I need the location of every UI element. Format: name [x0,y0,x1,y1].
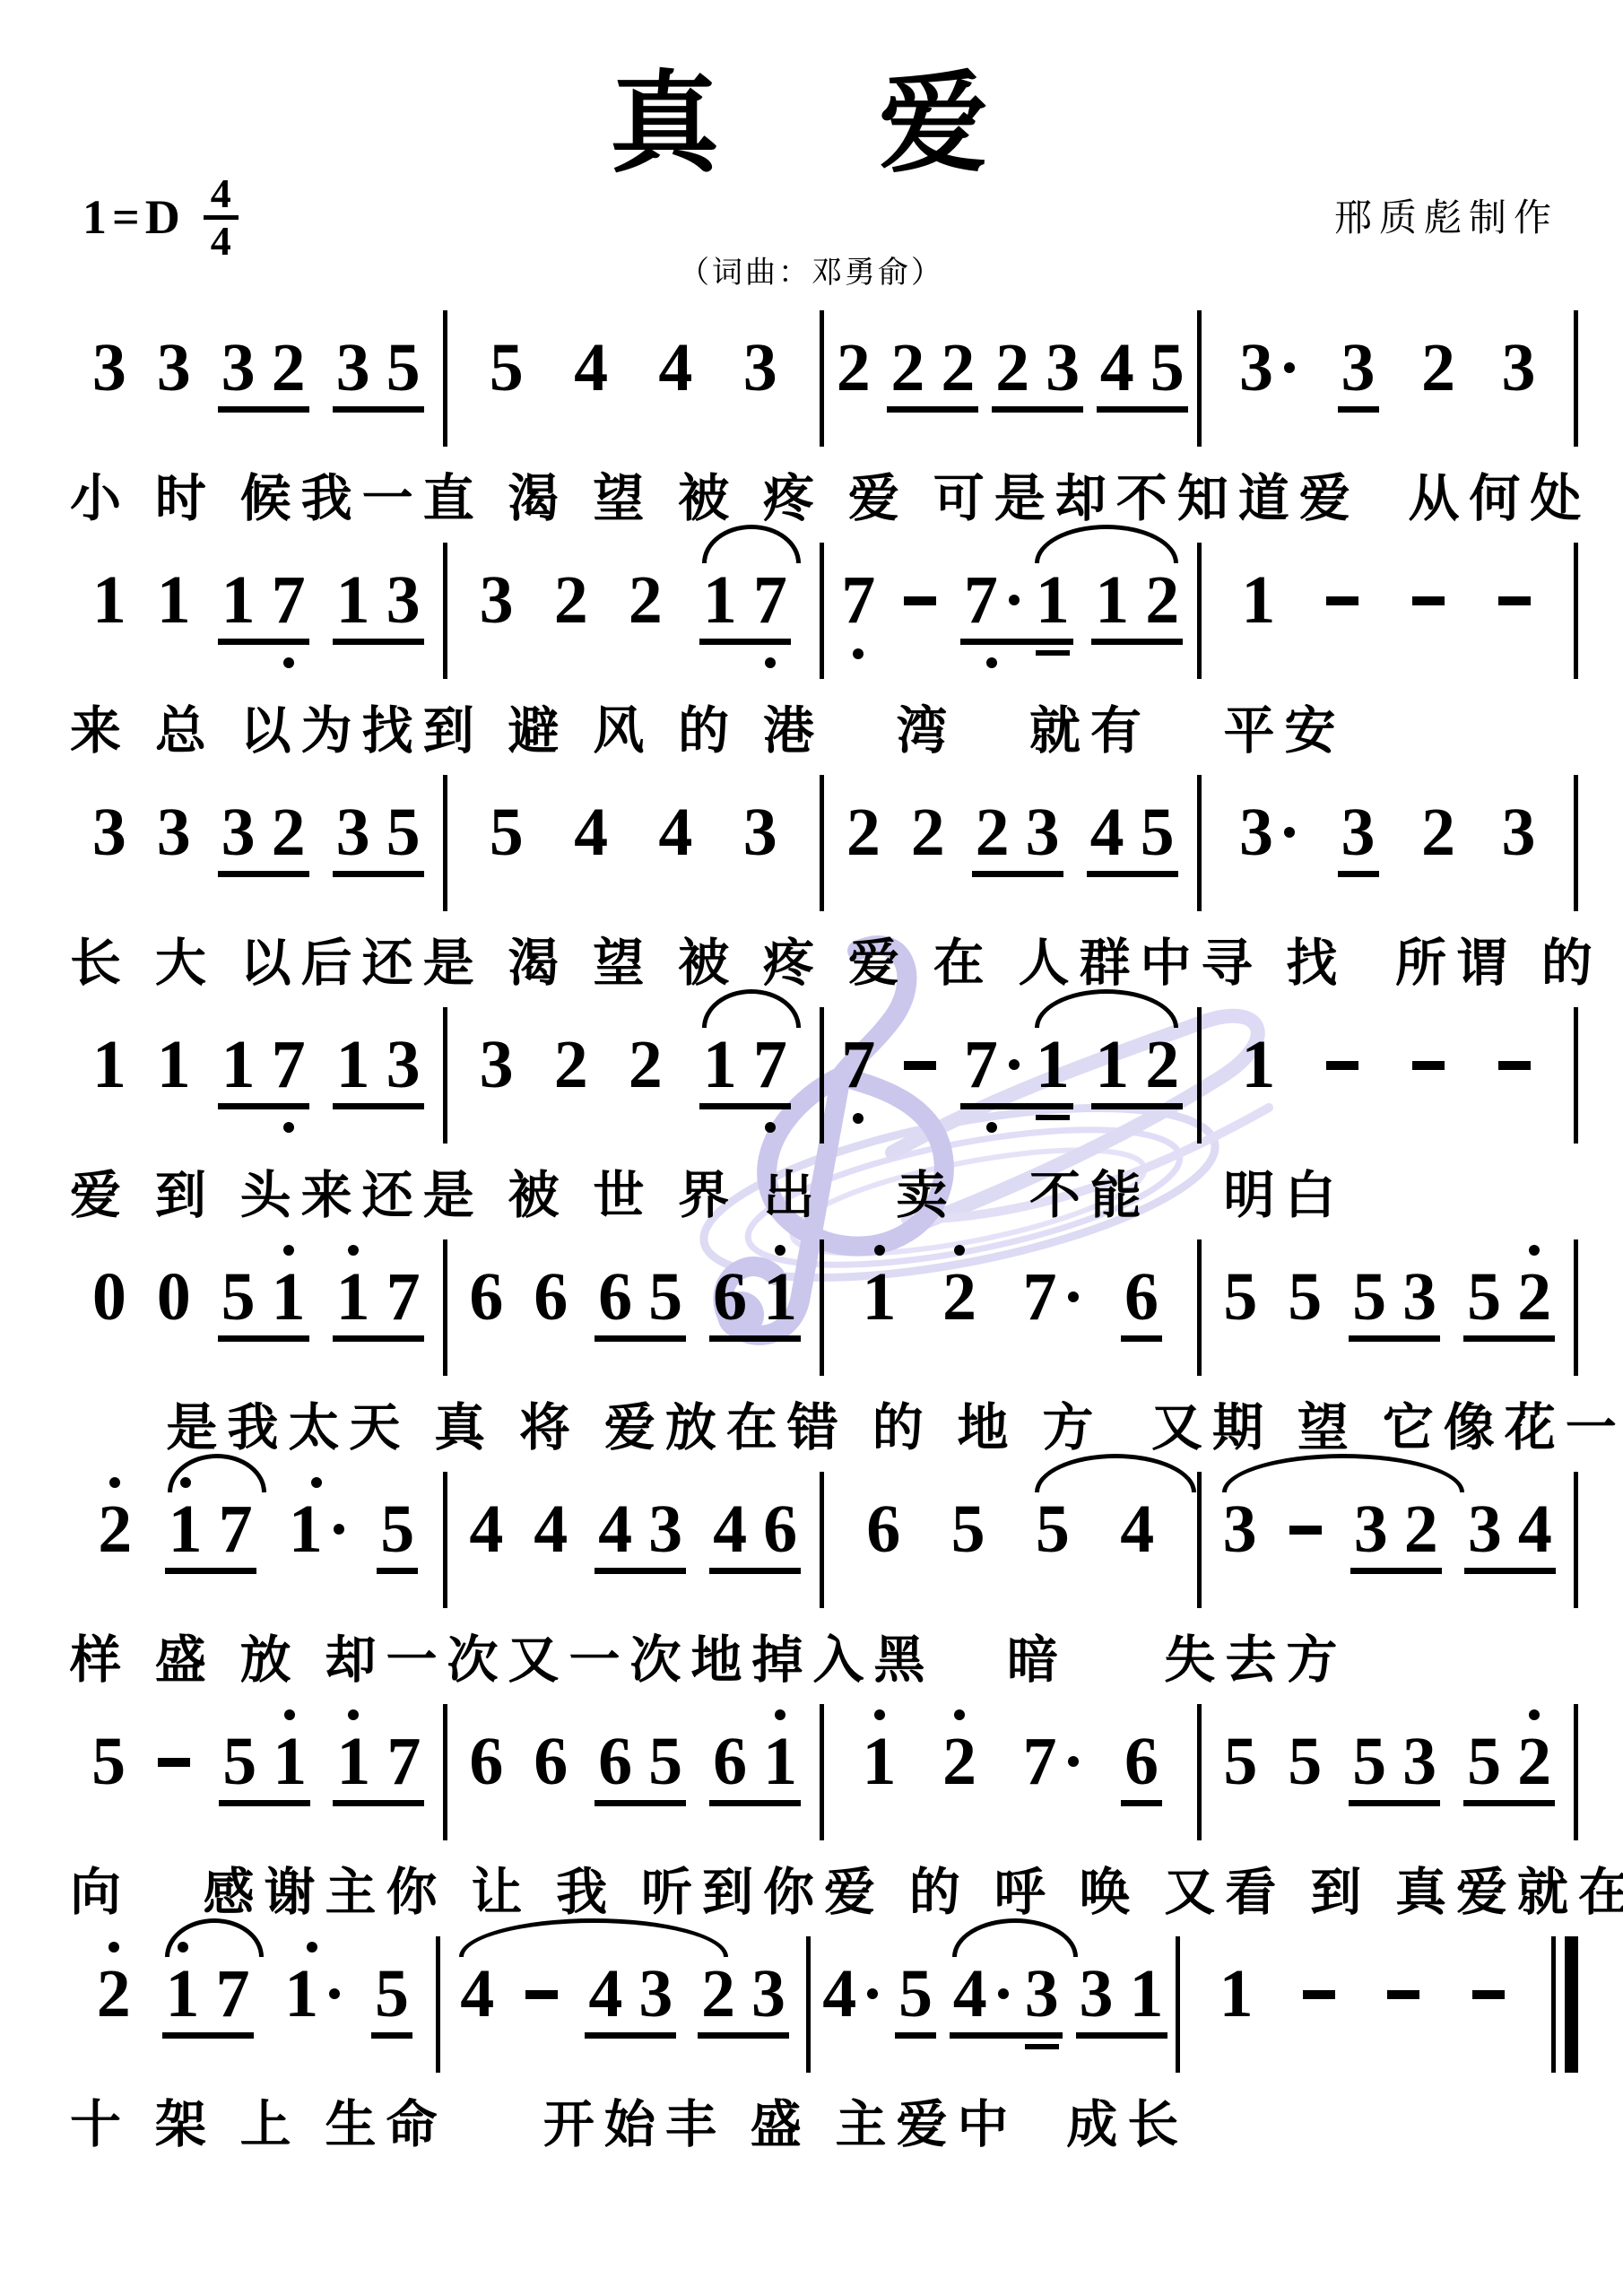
note-token: 1 [328,1727,378,1796]
measure: 77112 [824,1031,1197,1099]
octave-dot-high [874,1245,885,1256]
note-token: 7 [745,566,795,634]
note-group: 3 [149,334,199,402]
note-token: 2 [546,1031,596,1099]
note-group: 1 [1233,566,1283,634]
note-group: 5 [83,1727,134,1796]
note-token: 4 [814,1960,886,2028]
note-token: 3 [1460,1495,1510,1563]
measure: 1 [1202,566,1575,634]
note-token: 2 [1509,1727,1559,1796]
note-token: 4 [590,1495,640,1563]
octave-dot-high [178,1942,188,1952]
arranger-credit: 邢质彪制作 [1334,188,1558,242]
note-token: 6 [705,1263,755,1331]
note-group [1488,1031,1541,1070]
beamed-note-group: 17 [695,566,795,634]
note-token: 5 [482,798,532,866]
note-token: 1 [855,1727,905,1796]
octave-dot-high [283,1245,294,1256]
song-title: 真 爱 [0,36,1623,193]
beamed-note-group: 31 [1072,1960,1172,2028]
meter-numerator: 4 [204,172,239,220]
note-group: 4 [650,798,700,866]
score-line: 551176665611276555352向 感谢主你 让 我 听到你爱 的 呼… [70,1727,1578,1925]
note-token: 2 [546,566,596,634]
note-token: 1 [695,566,745,634]
note-token: 5 [1028,1495,1078,1563]
beamed-note-group: 23 [693,1960,794,2028]
note-group [1402,566,1455,605]
note-group [893,1031,947,1070]
octave-dot-high [307,1942,317,1952]
octave-dot-high [775,1709,785,1720]
note-token: 2 [693,1960,743,2028]
note-group: 2 [838,798,889,866]
note-token: 1 [161,1495,211,1563]
augmentation-dot [1068,1756,1079,1767]
note-group [893,566,947,605]
measure: 454331 [811,1960,1176,2028]
beamed-note-group: 71 [956,566,1078,634]
notes-row: 0051176665611276555352 [70,1263,1578,1349]
note-group: 4 [525,1495,576,1563]
score-line: 11171332217771121爱 到 头来还是 被 世 界 出 卖 不能 明… [70,1031,1578,1228]
note-group: 2 [829,334,879,402]
note-token: 3 [1215,1495,1265,1563]
barline [1574,310,1578,447]
lyrics-row: 向 感谢主你 让 我 听到你爱 的 呼 唤 又看 到 真爱就在 [70,1851,1578,1925]
note-token: 6 [590,1727,640,1796]
octave-dot-low [986,657,997,668]
note-group: 4 [814,1960,886,2028]
note-token: 1 [1211,1960,1262,2028]
beamed-note-group: 71 [956,1031,1078,1099]
note-token: 3 [1494,334,1544,402]
note-token: 3 [84,798,135,866]
note-group: 4 [566,334,616,402]
measure: 32217 [447,1031,820,1099]
octave-dot-low [986,1122,997,1133]
note-token: 5 [367,1960,417,2028]
beamed-note-group: 13 [328,1031,429,1099]
note-group: 1 [1211,1960,1262,2028]
beamed-note-group: 12 [1087,1031,1187,1099]
beamed-note-group: 52 [1459,1263,1559,1331]
score-line: 11171332217771121来 总 以为找到 避 风 的 港 湾 就有 平… [70,566,1578,763]
note-token: 5 [1459,1263,1509,1331]
note-group: 7 [1015,1263,1087,1331]
composer-subtitle: （词曲：邓勇俞） [0,248,1623,291]
note-token: 3 [472,566,522,634]
note-token: 6 [461,1263,511,1331]
measure: 6554 [824,1495,1197,1563]
note-token: 1 [1087,1031,1137,1099]
measure: 333235 [70,798,443,866]
measure: 005117 [70,1263,443,1331]
note-group: 2 [903,798,953,866]
lyrics-row: 小 时 候我一直 渴 望 被 疼 爱 可是却不知道爱 从何处 [70,457,1578,531]
measure: 1 [1180,1960,1546,2028]
measure: 444346 [447,1495,820,1563]
note-token: 4 [566,334,616,402]
duration-dash [1326,596,1358,605]
barline-thick [1565,1936,1578,2073]
note-token: 1 [755,1263,805,1331]
beamed-note-group: 6 [1116,1727,1167,1796]
measure: 44323 [440,1960,806,2028]
note-token: 7 [378,1263,429,1331]
note-group: 4 [650,334,700,402]
note-token: 7 [833,1031,883,1099]
beamed-note-group: 43 [945,1960,1067,2028]
duration-dash [1303,1990,1335,1999]
note-token: 5 [890,1960,941,2028]
note-token: 6 [525,1263,576,1331]
note-group: 2 [621,566,671,634]
augmentation-dot [867,1988,878,1999]
note-token: 3 [1346,1495,1396,1563]
measure: 77112 [824,566,1197,634]
notes-row: 11171332217771121 [70,1031,1578,1117]
note-token: 1 [264,1263,314,1331]
note-token: 3 [1231,334,1303,402]
note-token: 2 [1413,798,1463,866]
note-token: 7 [833,566,883,634]
octave-dot-high [109,1477,120,1488]
duration-dash [1412,596,1445,605]
beamed-note-group: 5 [372,1495,422,1563]
duration-dash [1472,1990,1505,1999]
note-group: 6 [525,1727,576,1796]
note-token: 0 [149,1263,199,1331]
note-token: 4 [452,1960,502,2028]
note-token: 2 [264,798,314,866]
note-token: 3 [735,334,785,402]
augmentation-dot [998,1988,1009,1999]
note-token: 5 [1215,1263,1265,1331]
note-token: 6 [755,1495,805,1563]
beamed-note-group: 53 [1344,1727,1445,1796]
note-token: 4 [945,1960,1017,2028]
beamed-note-group: 35 [328,798,429,866]
measure: 1 [1202,1031,1575,1099]
note-group: 1 [276,1960,348,2028]
beamed-note-group: 3 [1333,334,1384,402]
note-group: 1 [281,1495,352,1563]
barline-thin [1551,1936,1556,2073]
lyrics-row: 是我太天 真 将 爱放在错 的 地 方 又期 望 它像花一 [70,1387,1578,1460]
measure: 555352 [1202,1263,1575,1331]
beamed-note-group: 12 [1087,566,1187,634]
note-token: 2 [1509,1263,1559,1331]
note-group: 3 [1231,334,1303,402]
note-token: 5 [1459,1727,1509,1796]
score-content: 真 爱 1=D 4 4 邢质彪制作 （词曲：邓勇俞） 3332355443222… [0,0,1623,2296]
note-token: 3 [1017,1960,1067,2028]
note-token: 1 [328,566,378,634]
note-token: 6 [590,1263,640,1331]
beamed-note-group: 32 [213,334,314,402]
note-group [1279,1495,1332,1535]
note-token: 2 [882,334,933,402]
note-group: 1 [149,566,199,634]
note-token: 7 [745,1031,795,1099]
octave-dot-low [765,657,776,668]
duration-dash [1498,1061,1531,1070]
note-token: 3 [735,798,785,866]
note-token: 5 [1142,334,1193,402]
beamed-note-group: 35 [328,334,429,402]
note-token: 5 [378,334,429,402]
note-group: 2 [934,1263,985,1331]
note-token: 2 [968,798,1018,866]
note-group: 3 [1215,1495,1265,1563]
octave-dot-high [348,1245,359,1256]
note-token: 4 [650,798,700,866]
beamed-note-group: 65 [590,1263,690,1331]
beamed-note-group: 46 [705,1495,805,1563]
note-token: 4 [650,334,700,402]
note-group: 2 [546,566,596,634]
note-token: 3 [640,1495,690,1563]
augmentation-dot [329,1988,340,1999]
beamed-note-group: 22 [882,334,983,402]
note-group: 2 [90,1495,140,1563]
duration-dash [1412,1061,1445,1070]
score-line: 333235544322223453323小 时 候我一直 渴 望 被 疼 爱 … [70,334,1578,531]
note-token: 1 [755,1727,805,1796]
octave-dot-high [108,1942,119,1952]
score-line: 33323554432223453323长 大 以后还是 渴 望 被 疼 爱 在… [70,798,1578,996]
note-token: 2 [829,334,879,402]
measure: 2222345 [824,334,1197,402]
note-token: 7 [211,1495,261,1563]
note-token: 5 [1280,1263,1330,1331]
note-group: 1 [1233,1031,1283,1099]
note-token: 6 [461,1727,511,1796]
measure: 666561 [447,1727,820,1796]
octave-dot-high [874,1709,885,1720]
note-token: 1 [1233,566,1283,634]
note-token: 3 [1394,1727,1445,1796]
note-group: 5 [1280,1727,1330,1796]
notes-row: 333235544322223453323 [70,334,1578,420]
score-line: 0051176665611276555352 是我太天 真 将 爱放在错 的 地… [70,1263,1578,1460]
note-token: 5 [1344,1263,1394,1331]
notes-row: 11171332217771121 [70,566,1578,652]
note-token: 1 [1122,1960,1172,2028]
note-group [1315,1031,1369,1070]
note-group: 5 [1215,1727,1265,1796]
note-group [147,1727,201,1767]
note-token: 7 [264,1031,314,1099]
augmentation-dot [1284,362,1295,373]
note-group: 3 [1494,798,1544,866]
note-group: 5 [482,334,532,402]
duration-dash [904,1061,936,1070]
barline [1574,1472,1578,1608]
note-group [1292,1960,1346,1999]
note-token: 7 [378,1727,429,1796]
note-token: 5 [372,1495,422,1563]
note-token: 1 [149,1031,199,1099]
note-token: 3 [1333,798,1384,866]
note-group: 3 [84,798,135,866]
note-group: 2 [1413,798,1463,866]
note-token: 3 [1333,334,1384,402]
note-group: 3 [735,334,785,402]
note-token: 2 [621,1031,671,1099]
barline [1574,1007,1578,1144]
note-group: 4 [566,798,616,866]
beamed-note-group: 43 [590,1495,690,1563]
note-token: 3 [149,798,199,866]
beamed-note-group: 23 [968,798,1068,866]
octave-dot-low [283,657,294,668]
note-token: 1 [213,1031,264,1099]
note-token: 2 [987,334,1037,402]
beamed-note-group: 32 [213,798,314,866]
barline [1574,775,1578,911]
note-group: 0 [149,1263,199,1331]
note-token: 4 [1112,1495,1162,1563]
note-token: 5 [1344,1727,1394,1796]
score-line: 21715444346655433234样 盛 放 却一次又一次地掉入黑 暗 失… [70,1495,1578,1692]
note-group: 5 [943,1495,994,1563]
note-group: 3 [84,334,135,402]
beamed-note-group: 6 [1116,1263,1167,1331]
final-barline [1551,1936,1578,2073]
note-token: 3 [1072,1960,1122,2028]
note-token: 4 [580,1960,630,2028]
note-token: 3 [328,334,378,402]
measure: 1276 [824,1727,1197,1796]
note-group: 3 [149,798,199,866]
beamed-note-group: 53 [1344,1263,1445,1331]
lyrics-row: 爱 到 头来还是 被 世 界 出 卖 不能 明白 [70,1154,1578,1228]
barline [1574,1704,1578,1840]
note-token: 7 [208,1960,258,2028]
notes-row: 551176665611276555352 [70,1727,1578,1813]
note-token: 1 [213,566,264,634]
note-token: 4 [705,1495,755,1563]
note-token: 5 [943,1495,994,1563]
octave-dot-high [1529,1709,1540,1720]
note-token: 4 [1082,798,1133,866]
note-group: 1 [149,1031,199,1099]
note-token: 1 [84,566,135,634]
note-token: 2 [1413,334,1463,402]
note-token: 5 [213,1263,264,1331]
beamed-note-group: 34 [1460,1495,1560,1563]
beamed-note-group: 17 [213,566,314,634]
note-token: 3 [213,798,264,866]
lyrics-row: 长 大 以后还是 渴 望 被 疼 爱 在 人群中寻 找 所谓 的 [70,922,1578,996]
note-group: 4 [452,1960,502,2028]
octave-dot-high [348,1709,359,1720]
note-token: 4 [566,798,616,866]
note-token: 1 [695,1031,745,1099]
note-token: 7 [956,1031,1028,1099]
note-token: 2 [934,1263,985,1331]
note-token: 6 [858,1495,908,1563]
note-token: 2 [1137,1031,1187,1099]
note-token: 2 [1137,566,1187,634]
note-group [515,1960,568,1999]
beamed-note-group: 13 [328,566,429,634]
octave-dot-low [853,1113,864,1124]
note-token: 1 [149,566,199,634]
note-token: 4 [1092,334,1142,402]
note-token: 3 [378,1031,429,1099]
note-token: 1 [281,1495,352,1563]
sheet-music-page: 真 爱 1=D 4 4 邢质彪制作 （词曲：邓勇俞） 3332355443222… [0,0,1623,2296]
beamed-note-group: 17 [695,1031,795,1099]
note-token: 2 [934,1727,985,1796]
augmentation-dot [1284,827,1295,838]
note-token: 7 [264,566,314,634]
note-token: 3 [378,566,429,634]
measure: 666561 [447,1263,820,1331]
note-token: 1 [328,1031,378,1099]
measure: 555352 [1202,1727,1575,1796]
note-group: 4 [1112,1495,1162,1563]
note-group: 7 [833,1031,883,1099]
note-token: 7 [956,566,1028,634]
duration-dash [904,596,936,605]
duration-dash [1498,596,1531,605]
score-line: 21715443234543311十 架 上 生命 开始丰 盛 主爱中 成长 [70,1960,1578,2157]
note-token: 3 [84,334,135,402]
note-token: 3 [1037,334,1088,402]
beamed-note-group: 17 [328,1727,429,1796]
duration-dash [1387,1990,1419,1999]
measure: 55117 [70,1727,443,1796]
octave-dot-high [284,1709,295,1720]
note-token: 3 [1018,798,1068,866]
measure: 33234 [1202,1495,1575,1563]
note-token: 5 [1280,1727,1330,1796]
beamed-note-group: 61 [705,1263,805,1331]
measure: 111713 [70,1031,443,1099]
note-token: 1 [1028,566,1078,634]
octave-dot-low [765,1122,776,1133]
note-token: 2 [838,798,889,866]
note-group: 0 [84,1263,135,1331]
note-token: 1 [158,1960,208,2028]
duration-dash [1289,1526,1322,1535]
note-token: 5 [482,334,532,402]
duration-dash [1326,1061,1358,1070]
note-group: 2 [1413,334,1463,402]
beamed-note-group: 17 [161,1495,261,1563]
note-token: 3 [630,1960,681,2028]
beamed-note-group: 45 [1082,798,1183,866]
note-token: 1 [84,1031,135,1099]
note-token: 2 [90,1495,140,1563]
octave-dot-high [954,1709,965,1720]
augmentation-dot [334,1524,344,1535]
beamed-note-group: 43 [580,1960,681,2028]
note-token: 1 [328,1263,378,1331]
note-group: 6 [525,1263,576,1331]
note-group: 2 [621,1031,671,1099]
note-token: 5 [214,1727,265,1796]
note-token: 6 [705,1727,755,1796]
note-group: 7 [1015,1727,1087,1796]
beamed-note-group: 65 [590,1727,690,1796]
